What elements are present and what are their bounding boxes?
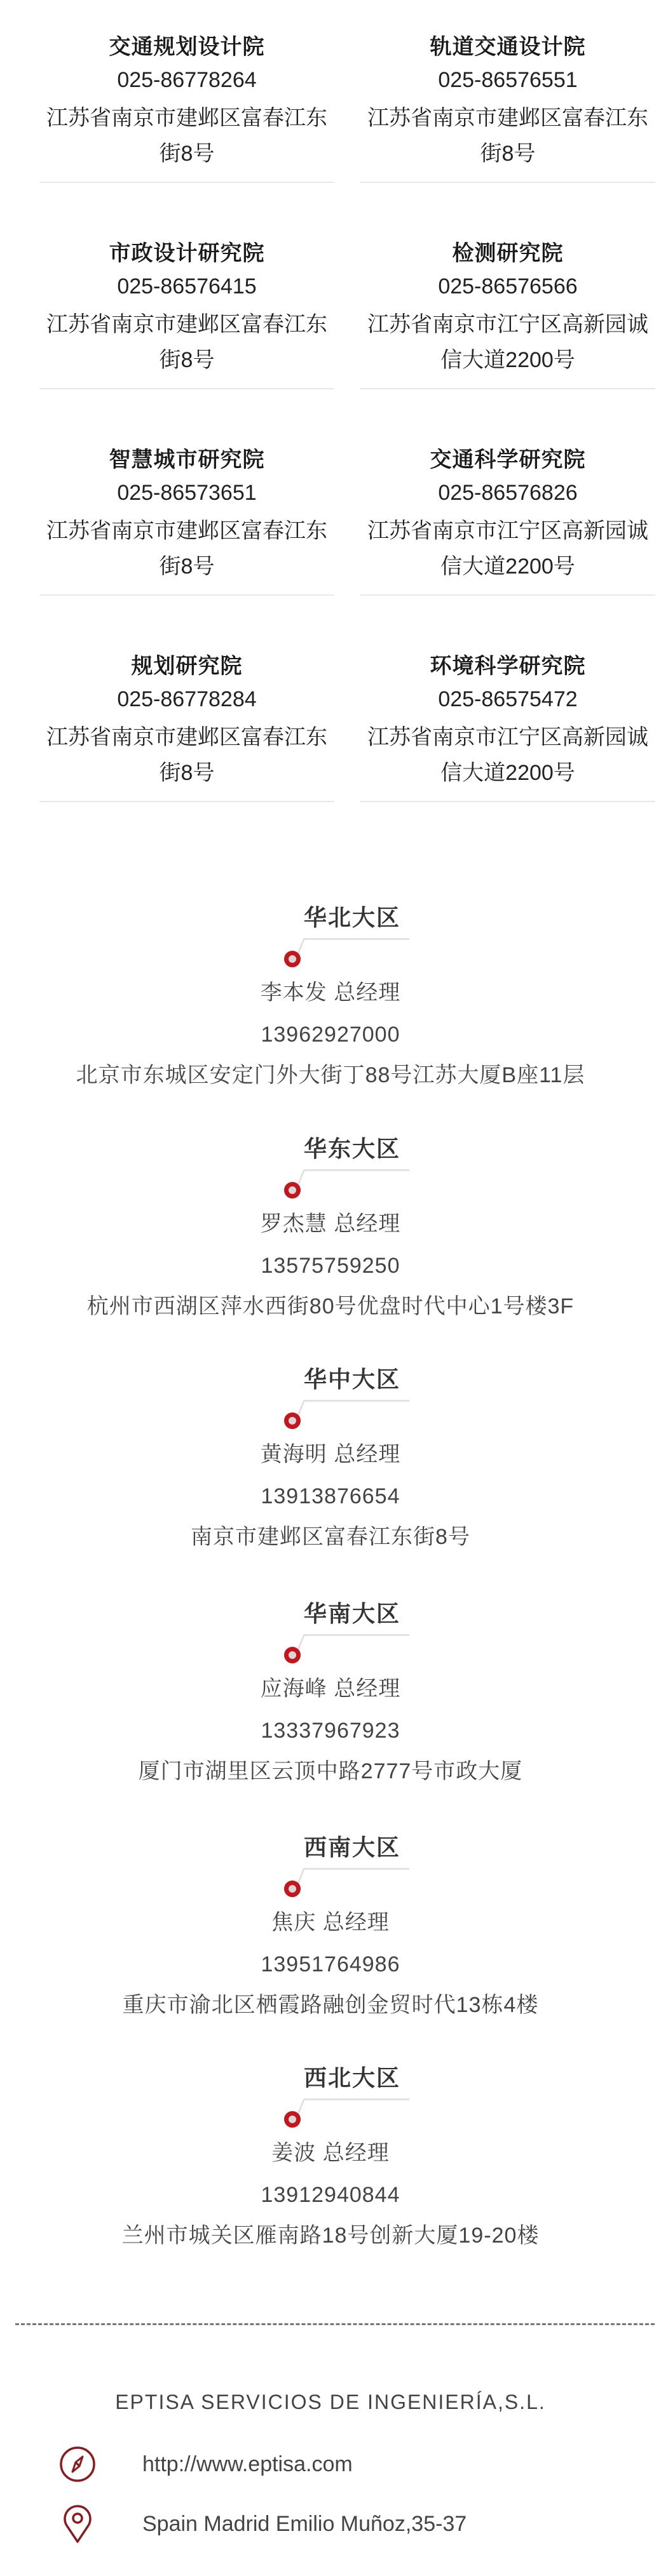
connector-line xyxy=(304,1400,409,1402)
institute-card: 检测研究院 025-86576566 江苏省南京市江宁区高新园诚信大道2200号 xyxy=(360,206,655,413)
connector-line xyxy=(304,1169,409,1171)
institute-address: 江苏省南京市建邺区富春江东街8号 xyxy=(360,100,655,171)
institute-address: 江苏省南京市江宁区高新园诚信大道2200号 xyxy=(360,513,655,584)
region-section: 华南大区 应海峰 总经理 13337967923 厦门市湖里区云顶中路2777号… xyxy=(0,1599,661,1827)
region-phone[interactable]: 13575759250 xyxy=(0,1252,661,1280)
dashed-divider xyxy=(15,2323,655,2325)
card-divider xyxy=(360,594,655,596)
institute-address: 江苏省南京市江宁区高新园诚信大道2200号 xyxy=(360,307,655,378)
institute-phone[interactable]: 025-86576415 xyxy=(39,272,334,300)
location-marker-icon xyxy=(284,1647,301,1663)
region-manager: 黄海明 总经理 xyxy=(0,1440,661,1468)
region-section: 华东大区 罗杰慧 总经理 13575759250 杭州市西湖区萍水西街80号优盘… xyxy=(0,1134,661,1362)
institute-phone[interactable]: 025-86573651 xyxy=(39,479,334,507)
region-manager: 罗杰慧 总经理 xyxy=(0,1210,661,1238)
institute-name: 规划研究院 xyxy=(39,652,334,680)
institute-name: 交通规划设计院 xyxy=(39,33,334,61)
institute-phone[interactable]: 025-86576566 xyxy=(360,272,655,300)
institute-name: 环境科学研究院 xyxy=(360,652,655,680)
region-address: 重庆市渝北区栖霞路融创金贸时代13栋4楼 xyxy=(0,1991,661,2019)
region-title: 华中大区 xyxy=(304,1364,400,1395)
institute-phone[interactable]: 025-86778284 xyxy=(39,685,334,713)
institute-card: 环境科学研究院 025-86575472 江苏省南京市江宁区高新园诚信大道220… xyxy=(360,619,655,826)
institute-name: 交通科学研究院 xyxy=(360,446,655,474)
institute-phone[interactable]: 025-86576826 xyxy=(360,479,655,507)
connector-line xyxy=(304,938,409,940)
card-divider xyxy=(360,182,655,183)
location-marker-icon xyxy=(284,2111,301,2128)
institute-address: 江苏省南京市建邺区富春江东街8号 xyxy=(39,100,334,171)
region-address: 厦门市湖里区云顶中路2777号市政大厦 xyxy=(0,1757,661,1785)
institute-name: 检测研究院 xyxy=(360,239,655,267)
region-address: 北京市东城区安定门外大街丁88号江苏大厦B座11层 xyxy=(0,1061,661,1089)
institute-card: 交通科学研究院 025-86576826 江苏省南京市江宁区高新园诚信大道220… xyxy=(360,413,655,619)
region-title: 华东大区 xyxy=(304,1134,400,1164)
region-phone[interactable]: 13951764986 xyxy=(0,1950,661,1978)
region-address: 南京市建邺区富春江东街8号 xyxy=(0,1523,661,1551)
region-title: 华南大区 xyxy=(304,1599,400,1629)
region-address: 兰州市城关区雁南路18号创新大厦19-20楼 xyxy=(0,2222,661,2250)
institute-phone[interactable]: 025-86576551 xyxy=(360,66,655,94)
connector-line xyxy=(304,2098,409,2100)
institute-card: 规划研究院 025-86778284 江苏省南京市建邺区富春江东街8号 xyxy=(39,619,334,826)
region-manager: 焦庆 总经理 xyxy=(0,1909,661,1936)
institute-card: 轨道交通设计院 025-86576551 江苏省南京市建邺区富春江东街8号 xyxy=(360,0,655,206)
institute-card: 智慧城市研究院 025-86573651 江苏省南京市建邺区富春江东街8号 xyxy=(39,413,334,619)
institute-address: 江苏省南京市建邺区富春江东街8号 xyxy=(39,513,334,584)
institute-address: 江苏省南京市建邺区富春江东街8号 xyxy=(39,720,334,791)
region-title: 华北大区 xyxy=(304,902,400,933)
card-divider xyxy=(39,182,334,183)
region-title: 西南大区 xyxy=(304,1832,400,1863)
region-manager: 应海峰 总经理 xyxy=(0,1675,661,1703)
compass-icon xyxy=(58,2445,97,2483)
region-section: 华北大区 李本发 总经理 13962927000 北京市东城区安定门外大街丁88… xyxy=(0,902,661,1131)
region-phone[interactable]: 13337967923 xyxy=(0,1717,661,1745)
institute-phone[interactable]: 025-86575472 xyxy=(360,685,655,713)
card-divider xyxy=(360,801,655,802)
location-marker-icon xyxy=(284,1182,301,1198)
location-marker-icon xyxy=(284,1412,301,1429)
card-divider xyxy=(39,594,334,596)
institute-name: 轨道交通设计院 xyxy=(360,33,655,61)
region-section: 西北大区 姜波 总经理 13912940844 兰州市城关区雁南路18号创新大厦… xyxy=(0,2063,661,2291)
location-marker-icon xyxy=(284,1881,301,1897)
card-divider xyxy=(39,801,334,802)
region-title: 西北大区 xyxy=(304,2063,400,2093)
region-manager: 姜波 总经理 xyxy=(0,2139,661,2167)
connector-line xyxy=(304,1868,409,1870)
region-phone[interactable]: 13913876654 xyxy=(0,1482,661,1510)
address-row: Spain Madrid Emilio Muñoz,35-37 xyxy=(58,2505,467,2543)
office-address: Spain Madrid Emilio Muñoz,35-37 xyxy=(142,2510,467,2538)
region-manager: 李本发 总经理 xyxy=(0,979,661,1007)
card-divider xyxy=(39,388,334,389)
connector-line xyxy=(304,1634,409,1636)
institute-name: 智慧城市研究院 xyxy=(39,446,334,474)
region-phone[interactable]: 13962927000 xyxy=(0,1021,661,1049)
institute-card: 交通规划设计院 025-86778264 江苏省南京市建邺区富春江东街8号 xyxy=(39,0,334,206)
website-row[interactable]: http://www.eptisa.com xyxy=(58,2445,353,2483)
company-name: EPTISA SERVICIOS DE INGENIERÍA,S.L. xyxy=(0,2388,661,2416)
institute-phone[interactable]: 025-86778264 xyxy=(39,66,334,94)
website-link[interactable]: http://www.eptisa.com xyxy=(142,2450,353,2478)
institute-card: 市政设计研究院 025-86576415 江苏省南京市建邺区富春江东街8号 xyxy=(39,206,334,413)
map-pin-icon xyxy=(58,2505,97,2543)
institute-name: 市政设计研究院 xyxy=(39,239,334,267)
institute-address: 江苏省南京市江宁区高新园诚信大道2200号 xyxy=(360,720,655,791)
region-section: 西南大区 焦庆 总经理 13951764986 重庆市渝北区栖霞路融创金贸时代1… xyxy=(0,1832,661,2061)
region-address: 杭州市西湖区萍水西街80号优盘时代中心1号楼3F xyxy=(0,1292,661,1320)
region-phone[interactable]: 13912940844 xyxy=(0,2181,661,2209)
institute-address: 江苏省南京市建邺区富春江东街8号 xyxy=(39,307,334,378)
card-divider xyxy=(360,388,655,389)
region-section: 华中大区 黄海明 总经理 13913876654 南京市建邺区富春江东街8号 xyxy=(0,1364,661,1593)
location-marker-icon xyxy=(284,951,301,967)
